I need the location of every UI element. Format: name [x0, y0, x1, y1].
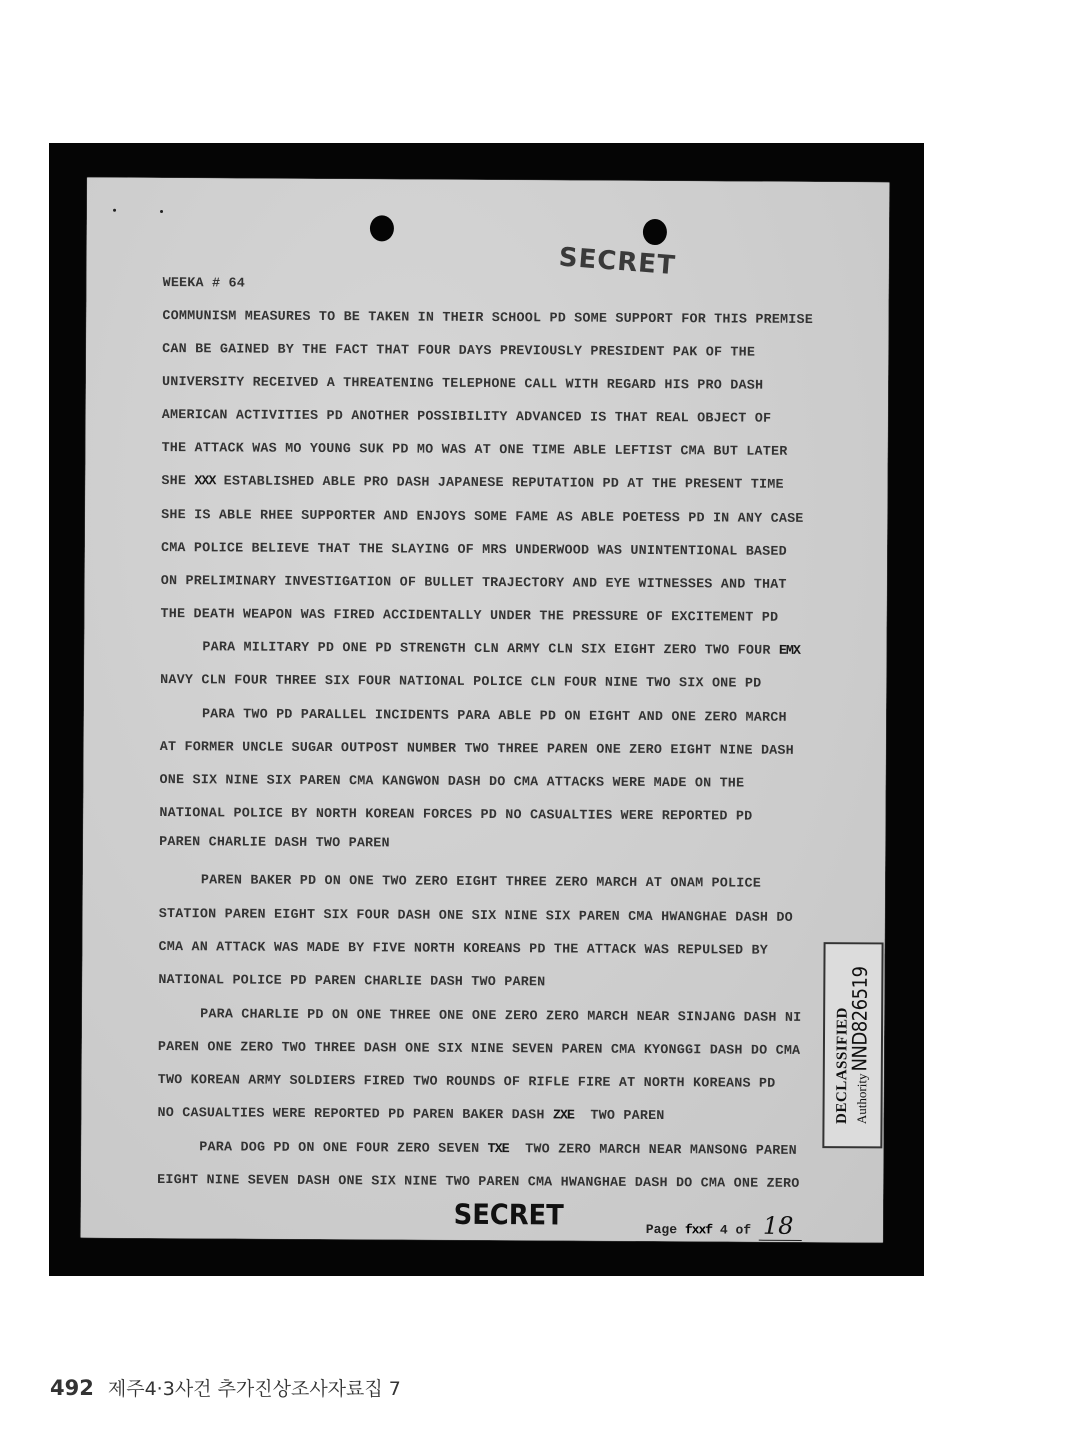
line-text: STATION PAREN EIGHT SIX FOUR DASH ONE SI…: [159, 907, 793, 926]
line-text: PARA MILITARY PD ONE PD STRENGTH CLN ARM…: [202, 640, 779, 659]
typed-line: CAN BE GAINED BY THE FACT THAT FOUR DAYS…: [162, 342, 755, 361]
line-text: ON PRELIMINARY INVESTIGATION OF BULLET T…: [161, 574, 787, 593]
typed-line: THE DEATH WEAPON WAS FIRED ACCIDENTALLY …: [161, 607, 779, 626]
typed-line: PAREN BAKER PD ON ONE TWO ZERO EIGHT THR…: [201, 873, 761, 891]
typed-line: TWO KOREAN ARMY SOLDIERS FIRED TWO ROUND…: [158, 1073, 776, 1092]
line-text: NAVY CLN FOUR THREE SIX FOUR NATIONAL PO…: [160, 673, 761, 692]
typed-line: COMMUNISM MEASURES TO BE TAKEN IN THEIR …: [162, 309, 813, 328]
page-of: of: [735, 1223, 751, 1238]
line-text: NO CASUALTIES WERE REPORTED PD PAREN BAK…: [157, 1106, 552, 1123]
line-text: CMA AN ATTACK WAS MADE BY FIVE NORTH KOR…: [158, 940, 768, 959]
typed-line: SHE IS ABLE RHEE SUPPORTER AND ENJOYS SO…: [161, 508, 803, 527]
line-text: EIGHT NINE SEVEN DASH ONE SIX NINE TWO P…: [157, 1173, 799, 1192]
page-current: 4: [720, 1222, 728, 1237]
line-text: PAREN ONE ZERO TWO THREE DASH ONE SIX NI…: [158, 1040, 800, 1059]
typed-line: AMERICAN ACTIVITIES PD ANOTHER POSSIBILI…: [162, 408, 772, 427]
speck: [160, 210, 163, 213]
authority-label: Authority: [854, 1073, 869, 1124]
speck: [113, 209, 116, 212]
typed-line: ONE SIX NINE SIX PAREN CMA KANGWON DASH …: [160, 773, 745, 792]
struck-text: ZXE: [553, 1108, 574, 1123]
typed-line: EIGHT NINE SEVEN DASH ONE SIX NINE TWO P…: [157, 1173, 799, 1192]
book-title: 제주4·3사건 추가진상조사자료집 7: [108, 1378, 401, 1400]
typed-line: NO CASUALTIES WERE REPORTED PD PAREN BAK…: [157, 1106, 664, 1124]
book-page-number: 492: [50, 1376, 94, 1400]
document-header: WEEKA # 64: [163, 276, 245, 292]
typed-line: PARA TWO PD PARALLEL INCIDENTS PARA ABLE…: [202, 707, 787, 726]
line-text: PAREN CHARLIE DASH TWO PAREN: [159, 835, 390, 851]
typed-line: ON PRELIMINARY INVESTIGATION OF BULLET T…: [161, 574, 787, 593]
line-text: COMMUNISM MEASURES TO BE TAKEN IN THEIR …: [162, 309, 813, 328]
struck-text: fxxf: [685, 1222, 712, 1237]
typed-line: STATION PAREN EIGHT SIX FOUR DASH ONE SI…: [159, 907, 793, 926]
page-label: Page: [646, 1222, 677, 1237]
typed-line: SHE XXX ESTABLISHED ABLE PRO DASH JAPANE…: [161, 474, 783, 493]
struck-text: EMX: [779, 644, 800, 659]
typed-line: NATIONAL POLICE PD PAREN CHARLIE DASH TW…: [158, 973, 545, 990]
declassified-stamp: DECLASSIFIED AuthorityNND826519: [822, 942, 883, 1148]
line-text: ESTABLISHED ABLE PRO DASH JAPANESE REPUT…: [215, 474, 783, 492]
line-text: NATIONAL POLICE BY NORTH KOREAN FORCES P…: [159, 806, 752, 825]
line-text: PARA TWO PD PARALLEL INCIDENTS PARA ABLE…: [202, 707, 787, 726]
line-text: NATIONAL POLICE PD PAREN CHARLIE DASH TW…: [158, 973, 545, 990]
line-text: PARA CHARLIE PD ON ONE THREE ONE ONE ZER…: [200, 1007, 801, 1026]
line-text: SHE: [161, 474, 194, 489]
struck-text: TXE: [488, 1142, 509, 1157]
punch-hole: [643, 219, 667, 245]
typed-line: PARA CHARLIE PD ON ONE THREE ONE ONE ZER…: [200, 1007, 801, 1026]
struck-text: XXX: [194, 474, 215, 489]
typed-line: CMA AN ATTACK WAS MADE BY FIVE NORTH KOR…: [158, 940, 768, 959]
line-text: THE ATTACK WAS MO YOUNG SUK PD MO WAS AT…: [162, 441, 788, 460]
line-text: AMERICAN ACTIVITIES PD ANOTHER POSSIBILI…: [162, 408, 772, 427]
typed-line: THE ATTACK WAS MO YOUNG SUK PD MO WAS AT…: [162, 441, 788, 460]
typed-line: AT FORMER UNCLE SUGAR OUTPOST NUMBER TWO…: [160, 740, 794, 759]
line-text: TWO KOREAN ARMY SOLDIERS FIRED TWO ROUND…: [158, 1073, 776, 1092]
line-text: CMA POLICE BELIEVE THAT THE SLAYING OF M…: [161, 541, 787, 560]
typed-line: NATIONAL POLICE BY NORTH KOREAN FORCES P…: [159, 806, 752, 825]
line-text: ONE SIX NINE SIX PAREN CMA KANGWON DASH …: [160, 773, 745, 792]
punch-hole: [370, 215, 394, 241]
page-indicator: Page fxxf 4 of 18: [646, 1211, 802, 1240]
book-footer: 492 제주4·3사건 추가진상조사자료집 7: [50, 1374, 401, 1401]
line-text: CAN BE GAINED BY THE FACT THAT FOUR DAYS…: [162, 342, 755, 361]
typed-line: PAREN ONE ZERO TWO THREE DASH ONE SIX NI…: [158, 1040, 800, 1059]
typed-line: PARA MILITARY PD ONE PD STRENGTH CLN ARM…: [202, 640, 800, 659]
line-text: PARA DOG PD ON ONE FOUR ZERO SEVEN: [199, 1140, 487, 1157]
line-text: THE DEATH WEAPON WAS FIRED ACCIDENTALLY …: [161, 607, 779, 626]
document-page: SECRET WEEKA # 64 COMMUNISM MEASURES TO …: [81, 178, 889, 1243]
line-text: AT FORMER UNCLE SUGAR OUTPOST NUMBER TWO…: [160, 740, 794, 759]
line-text: TWO ZERO MARCH NEAR MANSONG PAREN: [509, 1142, 797, 1159]
typed-line: NAVY CLN FOUR THREE SIX FOUR NATIONAL PO…: [160, 673, 761, 692]
line-text: TWO PAREN: [574, 1109, 665, 1125]
typed-line: UNIVERSITY RECEIVED A THREATENING TELEPH…: [162, 375, 763, 394]
typed-line: CMA POLICE BELIEVE THAT THE SLAYING OF M…: [161, 541, 787, 560]
typed-line: PAREN CHARLIE DASH TWO PAREN: [159, 835, 390, 851]
secret-stamp-top: SECRET: [558, 242, 677, 281]
secret-stamp-bottom: SECRET: [454, 1198, 564, 1232]
line-text: UNIVERSITY RECEIVED A THREATENING TELEPH…: [162, 375, 763, 394]
typed-line: PARA DOG PD ON ONE FOUR ZERO SEVEN TXE T…: [199, 1140, 797, 1159]
page-total: 18: [759, 1212, 802, 1241]
line-text: PAREN BAKER PD ON ONE TWO ZERO EIGHT THR…: [201, 873, 761, 891]
line-text: SHE IS ABLE RHEE SUPPORTER AND ENJOYS SO…: [161, 508, 803, 527]
authority-value: NND826519: [847, 966, 872, 1071]
